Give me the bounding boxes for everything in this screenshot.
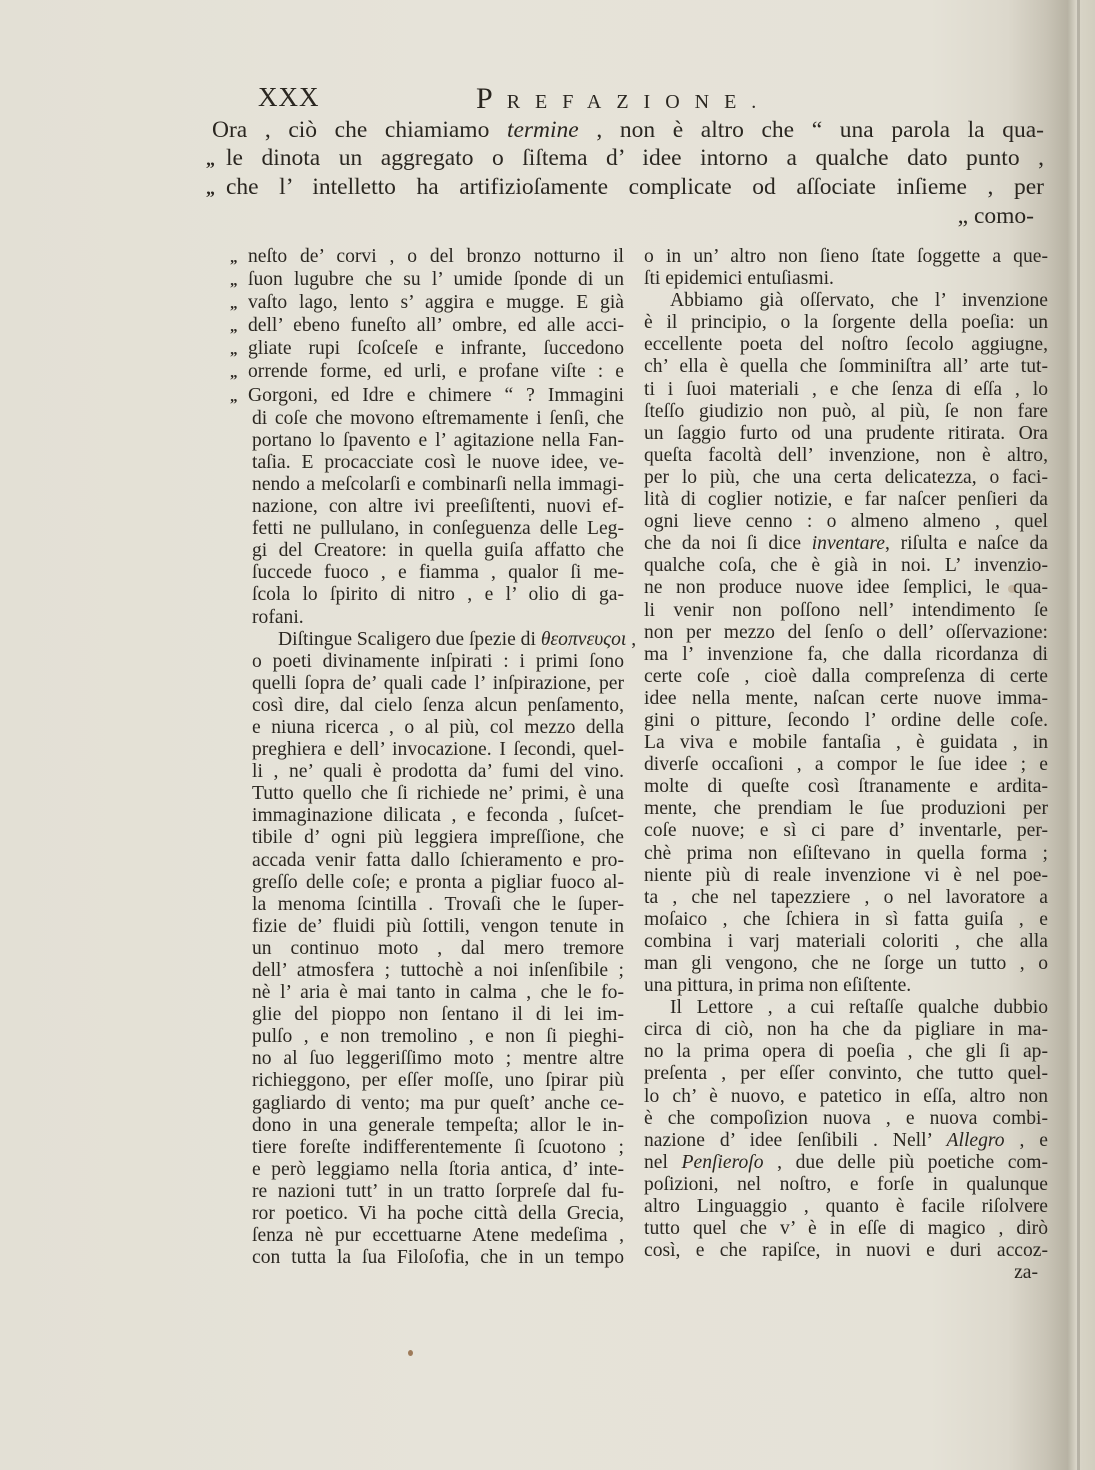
line-text: così dire, dal cielo ſenza alcun penſame… [252,695,624,716]
quote-mark: „ [230,293,248,315]
line-text: niente più di reale invenzione vi è nel … [644,865,1048,886]
line-text: poſizioni, nel noſtro, e forſe in qualun… [644,1174,1048,1195]
text-line: „dell’ ebeno funeſto all’ ombre, ed alle… [252,315,624,338]
line-text: ne non produce nuove idee ſemplici, le q… [644,577,1048,598]
text-line: portano lo ſpavento e l’ agitazione nell… [252,430,624,452]
text-line: lità di coglier notizie, e far naſcer pe… [644,489,1048,511]
text-line: e niuna ricerca , o al più, col mezzo de… [252,717,624,739]
line-text: tiere foreſte indifferentemente ſi ſcuot… [252,1137,624,1158]
text-line: un ſaggio furto od una prudente ritirata… [644,423,1048,445]
italic-term: Allegro [947,1130,1005,1151]
text-line: no al ſuo leggeriſſimo moto ; mentre alt… [252,1048,624,1070]
quote-mark: „ [230,247,248,269]
text-line: dell’ atmosfera ; tuttochè a noi inſenſi… [252,960,624,982]
quote-mark: „ [230,362,248,384]
text-line: immaginazione dilicata , e feconda , ſuſ… [252,805,624,827]
text-line: nel Penſieroſo , due delle più poetiche … [644,1152,1048,1174]
text-line: ſuccede fuoco , e fiamma , qualor ſi me- [252,562,624,584]
quote-mark: „ [206,174,226,202]
text-line: ſcola lo ſpirito di nitro , e l’ olio di… [252,584,624,606]
text-line: Abbiamo già oſſervato, che l’ invenzione [644,290,1048,312]
line-text: ti i ſuoi materiali , e che ſenza di eſſ… [644,379,1048,400]
paper-stain [1008,585,1016,593]
text-line: nè l’ aria è mai tanto in calma , che le… [252,982,624,1004]
text-line: moſaico , che ſchiera in sì fatta guiſa … [644,909,1048,931]
line-text: eccellente poeta del noſtro ſecolo aggiu… [644,334,1048,355]
italic-term: termine [507,117,579,143]
text-line: non per mezzo del ſenſo o dell’ oſſervaz… [644,622,1048,644]
line-text: pulſo , e non tremolino , e non ſi piegh… [252,1026,624,1047]
text-line: richieggono, per eſſer moſſe, uno ſpirar… [252,1070,624,1092]
text-line: rofani. [252,607,624,629]
line-text: un continuo moto , dal mero tremore [252,938,624,959]
line-text: preſenta , per eſſer convinto, che tutto… [644,1063,1048,1084]
line-text: così, e che rapiſce, in nuovi e duri acc… [644,1240,1048,1261]
text-line: gi del Creatore: in quella guiſa affatto… [252,540,624,562]
text-line: taſia. E procacciate così le nuove idee,… [252,452,624,474]
text-line: dono in una generale tempeſta; allor le … [252,1115,624,1137]
line-text: o poeti divinamente inſpirati : i primi … [252,651,624,672]
text-line: poſizioni, nel noſtro, e forſe in qualun… [644,1174,1048,1196]
line-text: certe coſe , cioè dalla compreſenza di c… [644,666,1048,687]
line-text: no la prima opera di poeſia , che gli ſi… [644,1041,1048,1062]
intro-quotation: Ora , ciò che chiamiamo termine , non è … [212,116,1044,230]
text-line: o poeti divinamente inſpirati : i primi … [252,651,624,673]
text-line: è che compoſizion nuova , e nuova combi- [644,1108,1048,1130]
line-text: moſaico , che ſchiera in sì fatta guiſa … [644,909,1048,930]
line-text: è che compoſizion nuova , e nuova combi- [644,1108,1048,1129]
text-line: nazione d’ idee ſenſibili . Nell’ Allegr… [644,1130,1048,1152]
line-text: „ como- [958,203,1034,229]
text-line: che da noi ſi dice inventare, riſulta e … [644,533,1048,555]
line-text: ſti epidemici entuſiasmi. [644,268,834,289]
line-text: taſia. E procacciate così le nuove idee,… [252,452,624,473]
text-line: accada venir fatta dallo ſchieramento e … [252,850,624,872]
line-text-after: , riſulta e naſce da [885,533,1048,554]
paper-stain [408,1350,413,1356]
text-line: altro Linguaggio , quanto è facile riſol… [644,1196,1048,1218]
text-line: man gli vengono, che ne ſorge un tutto ,… [644,953,1048,975]
text-line: molte di queſte così ſtranamente e ardit… [644,776,1048,798]
line-text: che da noi ſi dice [644,533,812,554]
text-line: ror poetico. Vi ha poche città della Gre… [252,1203,624,1225]
line-text: portano lo ſpavento e l’ agitazione nell… [252,430,624,451]
line-text: ogni lieve cenno : o almeno almeno , que… [644,511,1048,532]
line-text: greſſo delle coſe; e pronta a pigliar fu… [252,872,624,893]
page-number: XXX [258,82,320,113]
text-line: re nazioni tutt’ in un tratto ſorpreſe d… [252,1181,624,1203]
text-line: fetti ne pullulano, in conſeguenza delle… [252,518,624,540]
text-line: Tutto quello che ſi richiede ne’ primi, … [252,783,624,805]
line-text: con tutta la ſua Filoſofia, che in un te… [252,1247,624,1268]
line-text: ta , che nel tapezziere , o nel lavorato… [644,887,1048,908]
line-text: ror poetico. Vi ha poche città della Gre… [252,1203,624,1224]
line-text: gini o pitture, ſecondo l’ ordine delle … [644,710,1048,731]
text-line: no la prima opera di poeſia , che gli ſi… [644,1041,1048,1063]
text-line: combina i varj materiali coloriti , che … [644,931,1048,953]
text-line: ſti epidemici entuſiasmi. [644,268,1048,290]
text-line: mente, che prendiam le ſue produzioni pe… [644,798,1048,820]
line-text: li venir non poſſono nell’ intendimento … [644,600,1048,621]
line-text: preghiera e dell’ invocazione. I ſecondi… [252,739,624,760]
text-line: la menoma ſcintilla . Trovaſi che le ſup… [252,894,624,916]
text-line: con tutta la ſua Filoſofia, che in un te… [252,1247,624,1269]
line-text: man gli vengono, che ne ſorge un tutto ,… [644,953,1048,974]
line-text-after: , due delle più poetiche com- [764,1152,1048,1173]
text-line: Ora , ciò che chiamiamo termine , non è … [212,116,1044,144]
left-column: „neſto de’ corvi , o del bronzo notturno… [252,246,624,1269]
text-line: nendo a meſcolarſi e combinarſi nella im… [252,474,624,496]
text-line: pulſo , e non tremolino , e non ſi piegh… [252,1026,624,1048]
text-line: preſenta , per eſſer convinto, che tutto… [644,1063,1048,1085]
line-text: di coſe che movono eſtremamente i ſenſi,… [252,408,624,429]
text-line: diverſe occaſioni , a compor le ſue idee… [644,754,1048,776]
line-text: Abbiamo già oſſervato, che l’ invenzione [670,290,1048,311]
line-text: che l’ intelletto ha artifizioſamente co… [226,174,1044,200]
line-text: tutto quel che v’ è in eſſe di magico , … [644,1218,1048,1239]
line-text: rofani. [252,607,304,628]
line-text: li , ne’ quali è prodotta da’ fumi del v… [252,761,624,782]
line-text: ſuon lugubre che su l’ umide ſponde di u… [248,269,624,290]
line-text: chè prima non eſiſtevano in quella forma… [644,843,1048,864]
line-text: nendo a meſcolarſi e combinarſi nella im… [252,474,624,495]
text-line: ſteſſo giudizio non può, al più, ſe non … [644,401,1048,423]
text-line: un continuo moto , dal mero tremore [252,938,624,960]
line-text: immaginazione dilicata , e feconda , ſuſ… [252,805,624,826]
line-text: ſcola lo ſpirito di nitro , e l’ olio di… [252,584,624,605]
line-text: Diſtingue Scaligero due ſpezie di [278,629,541,650]
text-line: „ como- [212,202,1044,230]
text-line: così, e che rapiſce, in nuovi e duri acc… [644,1240,1048,1262]
text-line: „gliate rupi ſcoſceſe e infrante, ſucced… [252,338,624,361]
line-text-after: , [626,629,636,650]
running-title: PREFAZIONE. [476,82,771,116]
line-text: ſteſſo giudizio non può, al più, ſe non … [644,401,1048,422]
line-text: per lo più, che una certa delicatezza, o… [644,467,1048,488]
text-line: preghiera e dell’ invocazione. I ſecondi… [252,739,624,761]
line-text: nazione, con altre ivi preeſiſtenti, nuo… [252,496,624,517]
text-line: gagliardo di vento; ma pur queſt’ anche … [252,1093,624,1115]
text-line: queſta facoltà dell’ invenzione, non è a… [644,445,1048,467]
line-text: Gorgoni, ed Idre e chimere “ ? Immagini [248,385,624,406]
text-line: ch’ ella è quella che ſomminiſtra all’ a… [644,356,1048,378]
line-text: ſenza nè pur eccettuarne Atene medeſima … [252,1225,624,1246]
text-line: La viva e mobile fantaſia , è guidata , … [644,732,1048,754]
text-line: Il Lettore , a cui reſtaſſe qualche dubb… [644,997,1048,1019]
text-line: fizie de’ fluidi più ſottili, vengon ten… [252,916,624,938]
text-line: ne non produce nuove idee ſemplici, le q… [644,577,1048,599]
text-line: li , ne’ quali è prodotta da’ fumi del v… [252,761,624,783]
text-line: per lo più, che una certa delicatezza, o… [644,467,1048,489]
line-text: dell’ atmosfera ; tuttochè a noi inſenſi… [252,960,624,981]
line-text: za- [1014,1262,1038,1283]
line-text: neſto de’ corvi , o del bronzo notturno … [248,246,624,267]
text-line: certe coſe , cioè dalla compreſenza di c… [644,666,1048,688]
text-line: chè prima non eſiſtevano in quella forma… [644,843,1048,865]
text-line: „vaſto lago, lento s’ aggira e mugge. E … [252,292,624,315]
text-line: quelli ſopra de’ quali cade l’ inſpirazi… [252,673,624,695]
line-text: circa di ciò, non ha che da pigliare in … [644,1019,1048,1040]
line-text: nè l’ aria è mai tanto in calma , che le… [252,982,624,1003]
text-line: eccellente poeta del noſtro ſecolo aggiu… [644,334,1048,356]
text-line: è il principio, o la ſorgente della poeſ… [644,312,1048,334]
text-line: così dire, dal cielo ſenza alcun penſame… [252,695,624,717]
quote-mark: „ [230,316,248,338]
text-line: „ſuon lugubre che su l’ umide ſponde di … [252,269,624,292]
line-text: non per mezzo del ſenſo o dell’ oſſervaz… [644,622,1048,643]
line-text: nel [644,1152,682,1173]
text-line: „Gorgoni, ed Idre e chimere “ ? Immagini [252,385,624,408]
text-line: „le dinota un aggregato o ſiſtema d’ ide… [212,144,1044,173]
line-text: lità di coglier notizie, e far naſcer pe… [644,489,1048,510]
line-text: dell’ ebeno funeſto all’ ombre, ed alle … [248,315,624,336]
text-line: una pittura, in prima non eſiſtente. [644,975,1048,997]
text-line: ta , che nel tapezziere , o nel lavorato… [644,887,1048,909]
book-page: XXX PREFAZIONE. Ora , ciò che chiamiamo … [0,0,1095,1470]
line-text: qualche coſa, che è già in noi. L’ inven… [644,555,1048,576]
line-text: lo ch’ è nuovo, e patetico in eſſa, altr… [644,1086,1048,1107]
line-text: coſe nuove; e sì ci pare d’ inventarle, … [644,820,1048,841]
line-text: Tutto quello che ſi richiede ne’ primi, … [252,783,624,804]
quote-mark: „ [230,386,248,408]
text-line: tutto quel che v’ è in eſſe di magico , … [644,1218,1048,1240]
text-line: ti i ſuoi materiali , e che ſenza di eſſ… [644,379,1048,401]
line-text: gagliardo di vento; ma pur queſt’ anche … [252,1093,624,1114]
line-text-after: , non è altro che “ una parola la qua- [579,117,1044,143]
line-text: ſuccede fuoco , e fiamma , qualor ſi me- [252,562,624,583]
text-line: tibile d’ ogni più leggiera impreſſione,… [252,827,624,849]
line-text: molte di queſte così ſtranamente e ardit… [644,776,1048,797]
line-text: combina i varj materiali coloriti , che … [644,931,1048,952]
text-line: coſe nuove; e sì ci pare d’ inventarle, … [644,820,1048,842]
line-text: richieggono, per eſſer moſſe, uno ſpirar… [252,1070,624,1091]
line-text: gi del Creatore: in quella guiſa affatto… [252,540,624,561]
line-text: la menoma ſcintilla . Trovaſi che le ſup… [252,894,624,915]
line-text-after: , e [1005,1130,1048,1151]
line-text: una pittura, in prima non eſiſtente. [644,975,911,996]
text-line: „orrende forme, ed urli, e profane viſte… [252,361,624,384]
text-line: greſſo delle coſe; e pronta a pigliar fu… [252,872,624,894]
line-text: ch’ ella è quella che ſomminiſtra all’ a… [644,356,1048,377]
line-text: o in un’ altro non ſieno ſtate ſoggette … [644,246,1048,267]
line-text: mente, che prendiam le ſue produzioni pe… [644,798,1048,819]
text-line: ogni lieve cenno : o almeno almeno , que… [644,511,1048,533]
line-text: Il Lettore , a cui reſtaſſe qualche dubb… [670,997,1048,1018]
running-title-initial: P [476,82,507,115]
text-line: za- [644,1262,1048,1284]
line-text: dono in una generale tempeſta; allor le … [252,1115,624,1136]
line-text: nazione d’ idee ſenſibili . Nell’ [644,1130,947,1151]
italic-term: Penſieroſo [682,1152,764,1173]
text-line: li venir non poſſono nell’ intendimento … [644,600,1048,622]
text-line: e però leggiamo nella ſtoria antica, d’ … [252,1159,624,1181]
line-text: queſta facoltà dell’ invenzione, non è a… [644,445,1048,466]
line-text: idee nella mente, naſcan certe nuove imm… [644,688,1048,709]
text-line: circa di ciò, non ha che da pigliare in … [644,1019,1048,1041]
line-text: fetti ne pullulano, in conſeguenza delle… [252,518,624,539]
line-text: glie del pioppo non ſentano il di lei im… [252,1004,624,1025]
text-line: glie del pioppo non ſentano il di lei im… [252,1004,624,1026]
line-text: è il principio, o la ſorgente della poeſ… [644,312,1048,333]
line-text: e niuna ricerca , o al più, col mezzo de… [252,717,624,738]
line-text: le dinota un aggregato o ſiſtema d’ idee… [226,145,1044,171]
text-line: qualche coſa, che è già in noi. L’ inven… [644,555,1048,577]
line-text: accada venir fatta dallo ſchieramento e … [252,850,624,871]
running-title-rest: REFAZIONE. [507,91,772,113]
line-text: Ora , ciò che chiamiamo [212,117,507,143]
text-line: ſenza nè pur eccettuarne Atene medeſima … [252,1225,624,1247]
text-line: tiere foreſte indifferentemente ſi ſcuot… [252,1137,624,1159]
text-line: o in un’ altro non ſieno ſtate ſoggette … [644,246,1048,268]
line-text: fizie de’ fluidi più ſottili, vengon ten… [252,916,624,937]
text-line: „che l’ intelletto ha artifizioſamente c… [212,173,1044,202]
line-text: gliate rupi ſcoſceſe e infrante, ſuccedo… [248,338,624,359]
text-line: idee nella mente, naſcan certe nuove imm… [644,688,1048,710]
text-line: di coſe che movono eſtremamente i ſenſi,… [252,408,624,430]
line-text: orrende forme, ed urli, e profane viſte … [248,361,624,382]
line-text: quelli ſopra de’ quali cade l’ inſpirazi… [252,673,624,694]
quote-mark: „ [206,145,226,173]
line-text: un ſaggio furto od una prudente ritirata… [644,423,1048,444]
line-text: ma l’ invenzione fa, che dalla ricordanz… [644,644,1048,665]
line-text: re nazioni tutt’ in un tratto ſorpreſe d… [252,1181,624,1202]
line-text: La viva e mobile fantaſia , è guidata , … [644,732,1048,753]
line-text: tibile d’ ogni più leggiera impreſſione,… [252,827,624,848]
text-line: nazione, con altre ivi preeſiſtenti, nuo… [252,496,624,518]
quote-mark: „ [230,339,248,361]
text-line: gini o pitture, ſecondo l’ ordine delle … [644,710,1048,732]
italic-term: inventare [812,533,885,554]
line-text: no al ſuo leggeriſſimo moto ; mentre alt… [252,1048,624,1069]
line-text: altro Linguaggio , quanto è facile riſol… [644,1196,1048,1217]
text-line: niente più di reale invenzione vi è nel … [644,865,1048,887]
line-text: diverſe occaſioni , a compor le ſue idee… [644,754,1048,775]
text-line: lo ch’ è nuovo, e patetico in eſſa, altr… [644,1086,1048,1108]
greek-word: θεοπνευςοι [541,629,627,650]
text-line: ma l’ invenzione fa, che dalla ricordanz… [644,644,1048,666]
right-column: o in un’ altro non ſieno ſtate ſoggette … [644,246,1048,1284]
text-line: Diſtingue Scaligero due ſpezie di θεοπνε… [252,629,624,651]
line-text: vaſto lago, lento s’ aggira e mugge. E g… [248,292,624,313]
line-text: e però leggiamo nella ſtoria antica, d’ … [252,1159,624,1180]
quote-mark: „ [230,270,248,292]
text-line: „neſto de’ corvi , o del bronzo notturno… [252,246,624,269]
